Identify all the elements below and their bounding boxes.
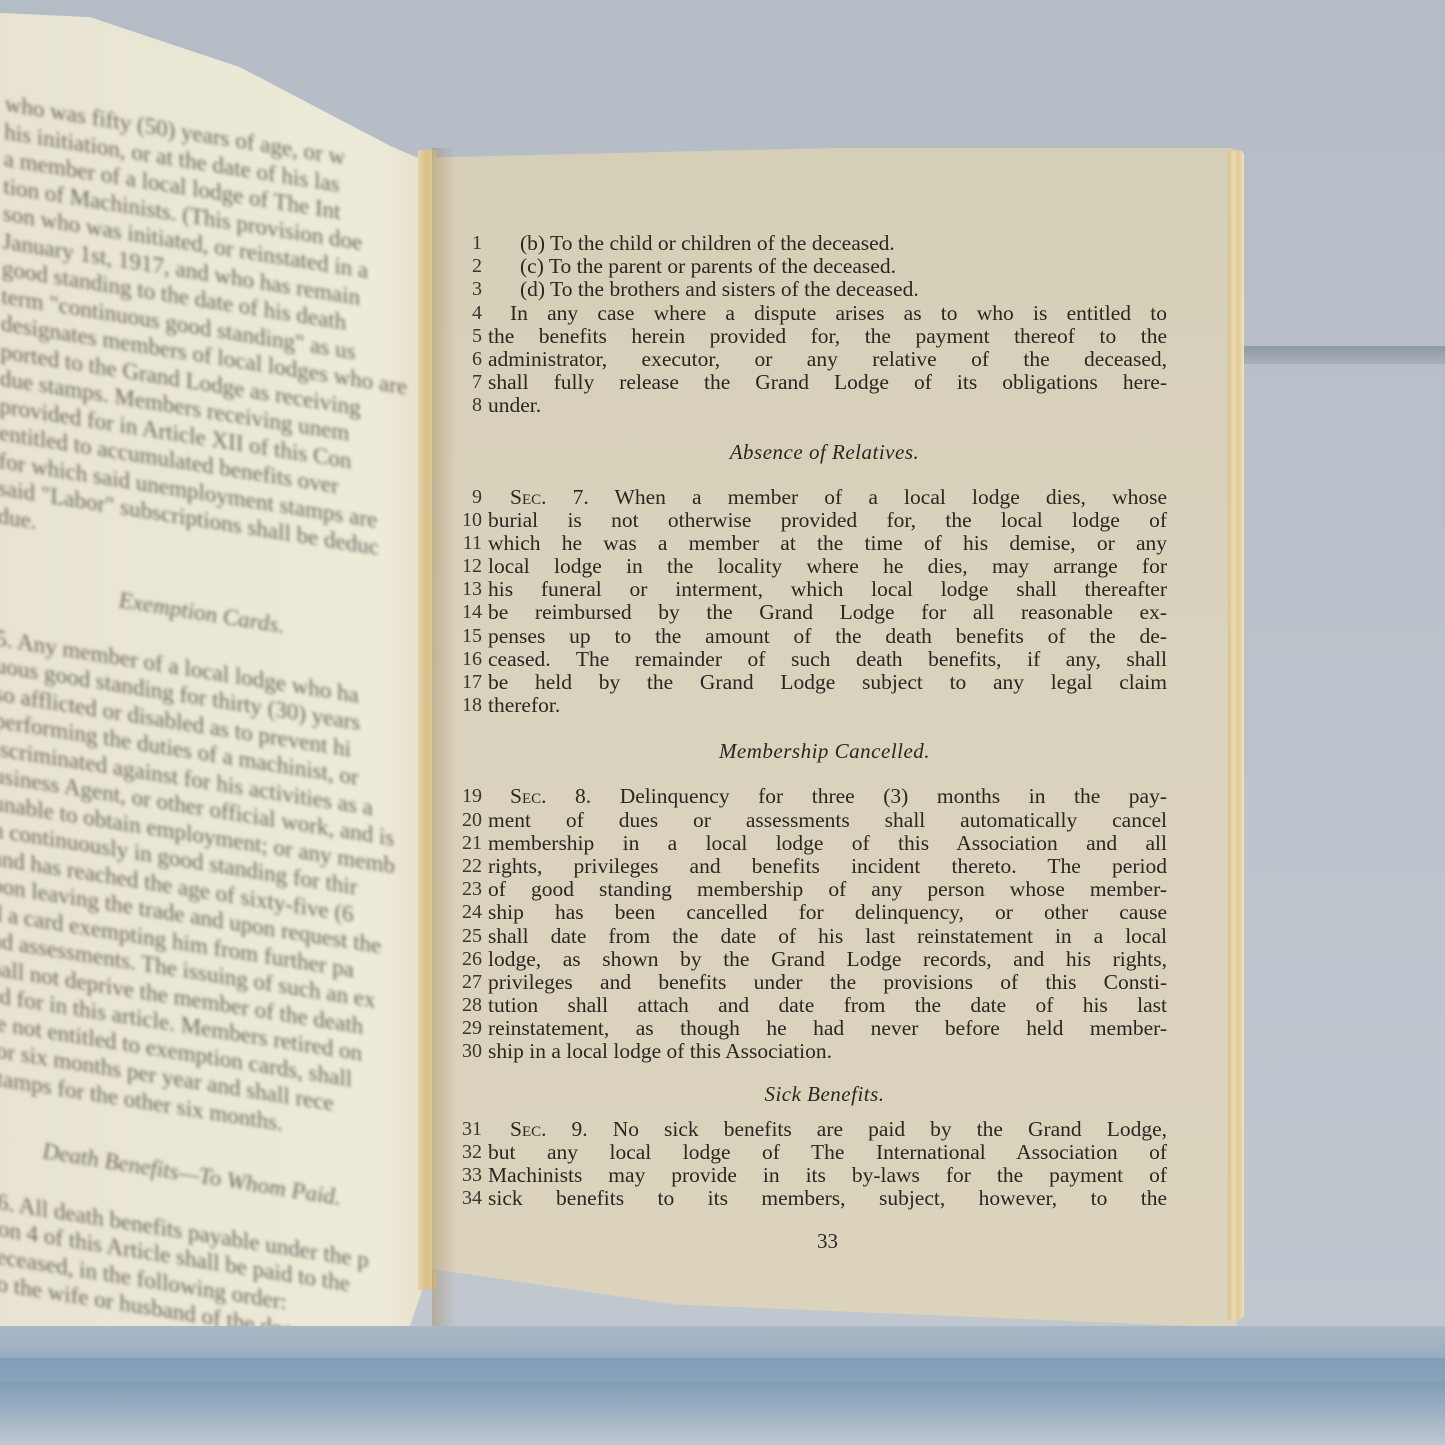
line-number: 13	[462, 578, 488, 601]
text-line: 15penses up to the amount of the death b…	[462, 625, 1167, 648]
text-line: 10burial is not otherwise provided for, …	[462, 509, 1167, 532]
text-line: 8under.	[462, 394, 1167, 417]
section-label: Sec. 8.	[510, 784, 591, 808]
line-number: 33	[462, 1164, 488, 1187]
text-line: 4In any case where a dispute arises as t…	[462, 302, 1167, 325]
heading-sick-benefits: Sick Benefits.	[462, 1064, 1167, 1118]
line-number: 11	[462, 532, 488, 555]
text-line: 7shall fully release the Grand Lodge of …	[462, 371, 1167, 394]
text-line: 13his funeral or interment, which local …	[462, 578, 1167, 601]
line-number: 20	[462, 809, 488, 832]
text-line: 9Sec. 7. When a member of a local lodge …	[462, 486, 1167, 509]
line-number: 7	[462, 371, 488, 394]
text-line: 2(c) To the parent or parents of the dec…	[462, 255, 1167, 278]
text-line: 31Sec. 9. No sick benefits are paid by t…	[462, 1118, 1167, 1141]
line-number: 2	[462, 255, 488, 278]
line-number: 23	[462, 878, 488, 901]
text-line: 21membership in a local lodge of this As…	[462, 832, 1167, 855]
left-page: who was fifty (50) years of age, or w hi…	[0, 10, 440, 1440]
text-line: 5the benefits herein provided for, the p…	[462, 325, 1167, 348]
text-line: 17be held by the Grand Lodge subject to …	[462, 671, 1167, 694]
text-line: 32but any local lodge of The Internation…	[462, 1141, 1167, 1164]
text-line: 18therefor.	[462, 694, 1167, 717]
line-number: 25	[462, 925, 488, 948]
line-number: 9	[462, 486, 488, 509]
text-line: 27privileges and benefits under the prov…	[462, 971, 1167, 994]
line-number: 10	[462, 509, 488, 532]
line-number: 16	[462, 648, 488, 671]
heading-absence-of-relatives: Absence of Relatives.	[462, 418, 1167, 486]
right-page-content: 1(b) To the child or children of the dec…	[462, 232, 1167, 1254]
line-number: 27	[462, 971, 488, 994]
line-number: 32	[462, 1141, 488, 1164]
text-line: 20ment of dues or assessments shall auto…	[462, 809, 1167, 832]
text-line: 22rights, privileges and benefits incide…	[462, 855, 1167, 878]
text-line: 16ceased. The remainder of such death be…	[462, 648, 1167, 671]
text-line: 3(d) To the brothers and sisters of the …	[462, 278, 1167, 301]
line-number: 24	[462, 901, 488, 924]
page-edges	[1228, 150, 1244, 1320]
line-number: 15	[462, 625, 488, 648]
text-line: 14be reimbursed by the Grand Lodge for a…	[462, 601, 1167, 624]
block-death-benefits-continued: 1(b) To the child or children of the dec…	[462, 232, 1167, 418]
heading-membership-cancelled: Membership Cancelled.	[462, 717, 1167, 785]
line-number: 18	[462, 694, 488, 717]
text-line: 25shall date from the date of his last r…	[462, 925, 1167, 948]
text-line: 30ship in a local lodge of this Associat…	[462, 1040, 1167, 1063]
line-number: 31	[462, 1118, 488, 1141]
text-line: 28tution shall attach and date from the …	[462, 994, 1167, 1017]
line-number: 12	[462, 555, 488, 578]
line-number: 14	[462, 601, 488, 624]
line-number: 8	[462, 394, 488, 417]
text-line: 24ship has been cancelled for delinquenc…	[462, 901, 1167, 924]
line-number: 26	[462, 948, 488, 971]
line-number: 3	[462, 278, 488, 301]
left-page-block-top: who was fifty (50) years of age, or w hi…	[0, 90, 440, 603]
block-section-8: 19Sec. 8. Delinquency for three (3) mont…	[462, 785, 1167, 1063]
left-page-block-middle: 5. Any member of a local lodge who ha uo…	[0, 624, 440, 1165]
block-section-7: 9Sec. 7. When a member of a local lodge …	[462, 486, 1167, 718]
section-label: Sec. 7.	[510, 485, 589, 509]
line-number: 19	[462, 785, 488, 808]
line-number: 1	[462, 232, 488, 255]
line-number: 22	[462, 855, 488, 878]
section-label: Sec. 9.	[510, 1117, 588, 1141]
text-line: 29reinstatement, as though he had never …	[462, 1017, 1167, 1040]
text-line: 6administrator, executor, or any relativ…	[462, 348, 1167, 371]
text-line: 11which he was a member at the time of h…	[462, 532, 1167, 555]
line-number: 30	[462, 1040, 488, 1063]
text-line: 12local lodge in the locality where he d…	[462, 555, 1167, 578]
block-section-9: 31Sec. 9. No sick benefits are paid by t…	[462, 1118, 1167, 1211]
text-line: 19Sec. 8. Delinquency for three (3) mont…	[462, 785, 1167, 808]
line-number: 21	[462, 832, 488, 855]
text-line: 1(b) To the child or children of the dec…	[462, 232, 1167, 255]
gutter-shadow	[432, 148, 456, 1328]
left-page-text: who was fifty (50) years of age, or w hi…	[0, 90, 440, 1405]
acrylic-stand-front-edge	[0, 1358, 1445, 1382]
line-number: 5	[462, 325, 488, 348]
line-number: 29	[462, 1017, 488, 1040]
text-line: 23of good standing membership of any per…	[462, 878, 1167, 901]
text-line: 33Machinists may provide in its by-laws …	[462, 1164, 1167, 1187]
acrylic-stand-base	[0, 1326, 1445, 1445]
acrylic-stand-back-edge	[1240, 346, 1445, 364]
line-number: 17	[462, 671, 488, 694]
text-line: 34sick benefits to its members, subject,…	[462, 1187, 1167, 1210]
text-line: 26lodge, as shown by the Grand Lodge rec…	[462, 948, 1167, 971]
line-number: 6	[462, 348, 488, 371]
line-number: 34	[462, 1187, 488, 1210]
right-page-number: 33	[462, 1230, 1167, 1253]
line-number: 4	[462, 302, 488, 325]
line-number: 28	[462, 994, 488, 1017]
